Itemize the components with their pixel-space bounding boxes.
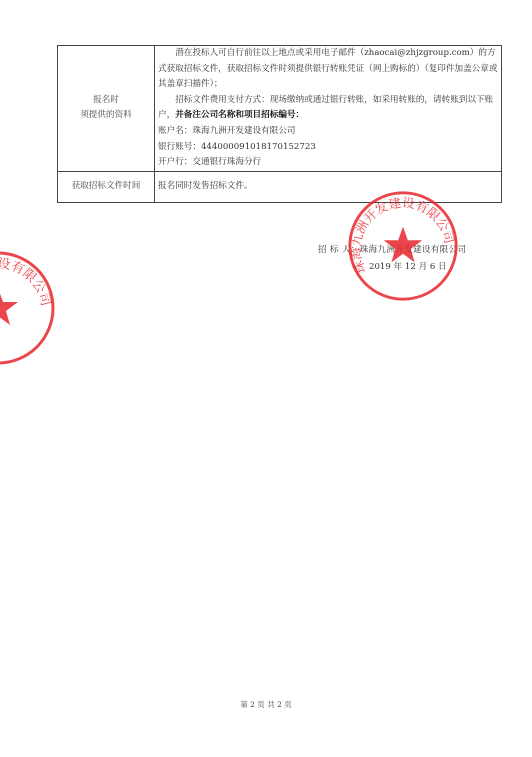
paragraph-obtain-method: 潜在投标人可自行前往以上地点或采用电子邮件（zhaocai@zhjzgroup.…: [158, 46, 498, 93]
label-line-2: 须提供的资料: [61, 108, 151, 124]
svg-text:珠海九洲开发建设有限公司: 珠海九洲开发建设有限公司: [0, 256, 53, 339]
content-obtain-time: 报名同时发售招标文件。: [155, 171, 502, 202]
page-number-footer: 第 2 页 共 2 页: [0, 699, 532, 710]
partial-seal-stamp-icon: 珠海九洲开发建设有限公司: [0, 248, 58, 368]
account-number: 银行账号：444000091018170152723: [158, 140, 498, 156]
table-row-obtain-time: 获取招标文件时间 报名同时发售招标文件。: [58, 171, 502, 202]
document-page: 报名时 须提供的资料 潜在投标人可自行前往以上地点或采用电子邮件（zhaocai…: [0, 0, 532, 757]
paragraph-payment-method: 招标文件费用支付方式：现场缴纳或通过银行转账，如采用转账的，请转账到以下账户，并…: [158, 93, 498, 124]
table-row-registration-materials: 报名时 须提供的资料 潜在投标人可自行前往以上地点或采用电子邮件（zhaocai…: [58, 46, 502, 172]
label-line-1: 报名时: [61, 93, 151, 109]
payment-note-bold: 并备注公司名称和项目招标编号：: [175, 110, 304, 120]
seal-text: 珠海九洲开发建设有限公司: [0, 256, 53, 339]
tender-info-table: 报名时 须提供的资料 潜在投标人可自行前往以上地点或采用电子邮件（zhaocai…: [57, 45, 502, 203]
account-name: 账户名：珠海九洲开发建设有限公司: [158, 124, 498, 140]
label-obtain-time: 获取招标文件时间: [58, 171, 155, 202]
issuer-signature: 招 标 人：珠海九洲开发建设有限公司: [318, 243, 466, 255]
signature-date: 2019 年 12 月 6 日: [369, 260, 447, 272]
content-registration-materials: 潜在投标人可自行前往以上地点或采用电子邮件（zhaocai@zhjzgroup.…: [155, 46, 502, 172]
bank-name: 开户行：交通银行珠海分行: [158, 155, 498, 171]
label-registration-materials: 报名时 须提供的资料: [58, 46, 155, 172]
